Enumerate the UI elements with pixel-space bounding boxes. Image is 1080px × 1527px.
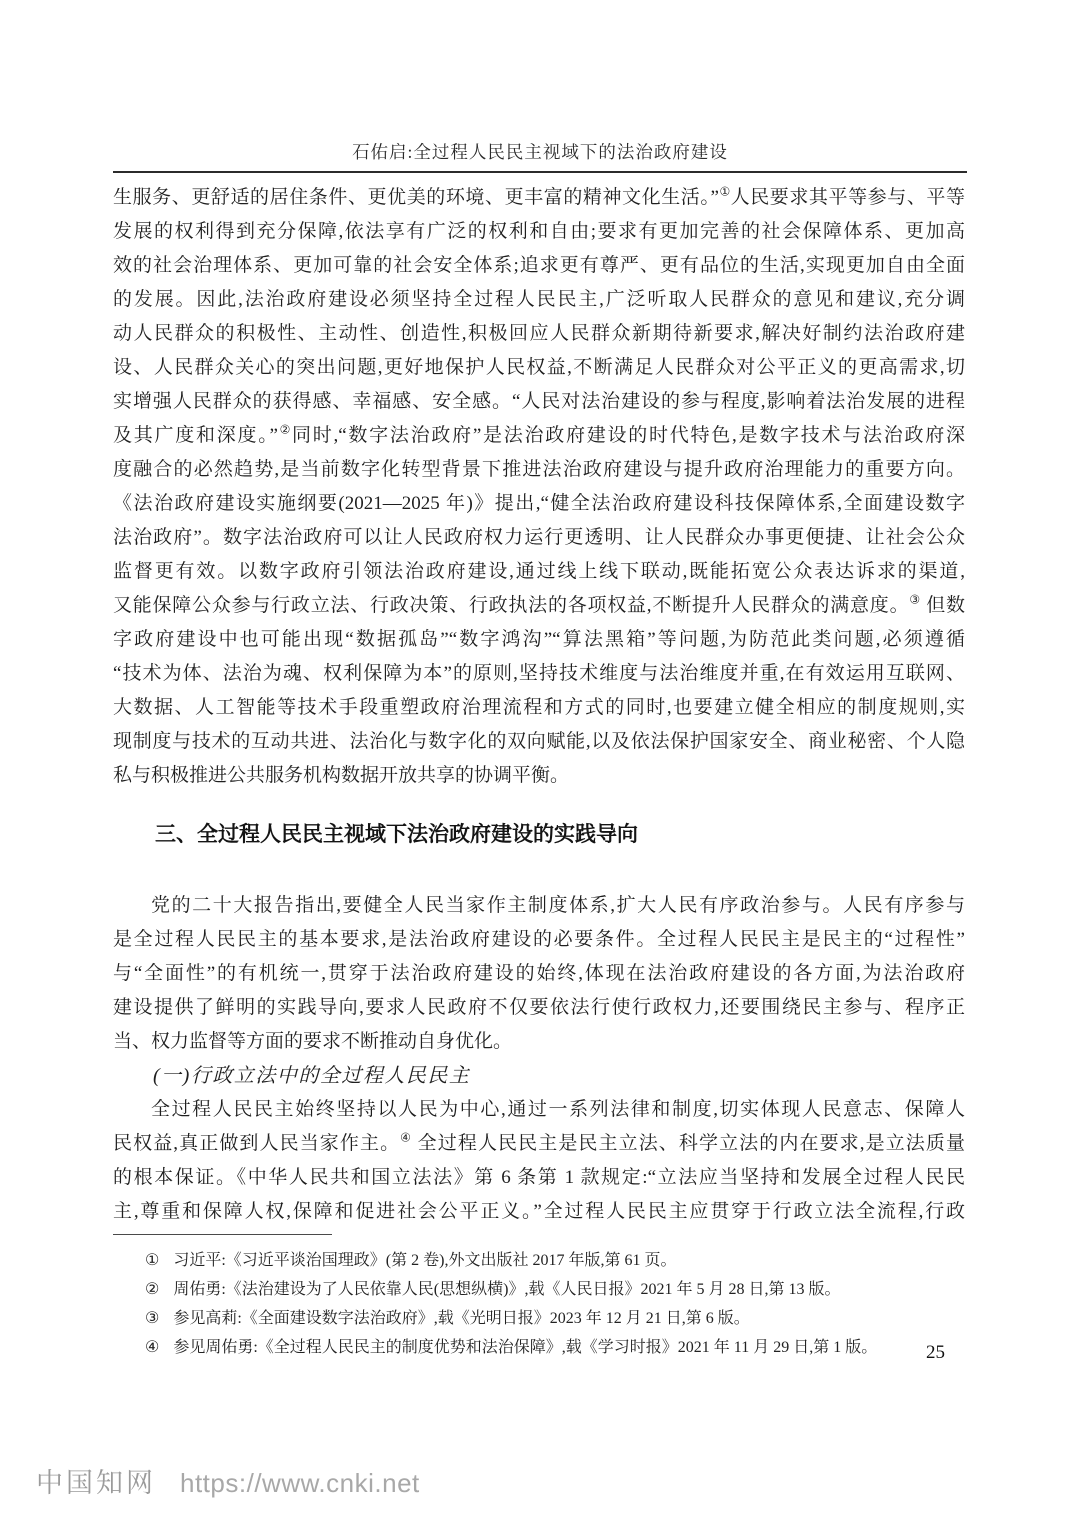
footnote-item: ④参见周佑勇:《全过程人民民主的制度优势和法治保障》,载《学习时报》2021 年… — [113, 1333, 965, 1362]
footnotes-section: ①习近平:《习近平谈治国理政》(第 2 卷),外文出版社 2017 年版,第 6… — [113, 1234, 965, 1362]
body-line: 私与积极推进公共服务机构数据开放共享的协调平衡。 — [113, 759, 965, 793]
footnote-text: 参见周佑勇:《全过程人民民主的制度优势和法治保障》,载《学习时报》2021 年 … — [173, 1333, 965, 1362]
body-line: 的根本保证。《中华人民共和国立法法》第 6 条第 1 款规定:“立法应当坚持和发… — [113, 1161, 965, 1195]
body-line: “技术为体、法治为魂、权利保障为本”的原则,坚持技术维度与法治维度并重,在有效运… — [113, 657, 965, 691]
cnki-watermark: 中国知网 https://www.cnki.net — [36, 1461, 420, 1500]
footnote-text: 参见高莉:《全面建设数字法治政府》,载《光明日报》2023 年 12 月 21 … — [173, 1304, 965, 1333]
footnote-text: 习近平:《习近平谈治国理政》(第 2 卷),外文出版社 2017 年版,第 61… — [173, 1246, 965, 1275]
subsection-heading: (一)行政立法中的全过程人民民主 — [113, 1059, 965, 1093]
document-page: 石佑启:全过程人民民主视域下的法治政府建设 生服务、更舒适的居住条件、更优美的环… — [0, 0, 1080, 1527]
body-line: 生服务、更舒适的居住条件、更优美的环境、更丰富的精神文化生活。”①人民要求其平等… — [113, 181, 965, 215]
body-line: 主,尊重和保障人权,保障和促进社会公平正义。”全过程人民民主应贯穿于行政立法全流… — [113, 1195, 965, 1229]
footnote-separator — [113, 1234, 332, 1235]
footnote-marker: ④ — [145, 1333, 159, 1362]
footnote-reference: ④ — [400, 1132, 412, 1145]
body-line: 效的社会治理体系、更加可靠的社会安全体系;追求更有尊严、更有品位的生活,实现更加… — [113, 249, 965, 283]
footnote-reference: ① — [719, 186, 731, 199]
body-line: 党的二十大报告指出,要健全人民当家作主制度体系,扩大人民有序政治参与。人民有序参… — [113, 889, 965, 923]
body-line: 现制度与技术的互动共进、法治化与数字化的双向赋能,以及依法保护国家安全、商业秘密… — [113, 725, 965, 759]
running-header-title: 石佑启:全过程人民民主视域下的法治政府建设 — [0, 0, 1080, 164]
body-line: 民权益,真正做到人民当家作主。④ 全过程人民民主是民主立法、科学立法的内在要求,… — [113, 1127, 965, 1161]
footnote-item: ①习近平:《习近平谈治国理政》(第 2 卷),外文出版社 2017 年版,第 6… — [113, 1246, 965, 1275]
body-line: 动人民群众的积极性、主动性、创造性,积极回应人民群众新期待新要求,解决好制约法治… — [113, 317, 965, 351]
footnote-reference: ③ — [909, 594, 920, 607]
body-line: 当、权力监督等方面的要求不断推动自身优化。 — [113, 1025, 965, 1059]
body-line: 设、人民群众关心的突出问题,更好地保护人民权益,不断满足人民群众对公平正义的更高… — [113, 351, 965, 385]
body-line: 《法治政府建设实施纲要(2021—2025 年)》提出,“健全法治政府建设科技保… — [113, 487, 965, 521]
article-body: 生服务、更舒适的居住条件、更优美的环境、更丰富的精神文化生活。”①人民要求其平等… — [113, 181, 965, 1229]
body-line: 监督更有效。以数字政府引领法治政府建设,通过线上线下联动,既能拓宽公众表达诉求的… — [113, 555, 965, 589]
body-line: 是全过程人民民主的基本要求,是法治政府建设的必要条件。全过程人民民主是民主的“过… — [113, 923, 965, 957]
paragraph: 党的二十大报告指出,要健全人民当家作主制度体系,扩大人民有序政治参与。人民有序参… — [113, 889, 965, 1059]
body-line: 法治政府”。数字法治政府可以让人民政府权力运行更透明、让人民群众办事更便捷、让社… — [113, 521, 965, 555]
body-line: 度融合的必然趋势,是当前数字化转型背景下推进法治政府建设与提升政府治理能力的重要… — [113, 453, 965, 487]
body-line: 全过程人民民主始终坚持以人民为中心,通过一系列法律和制度,切实体现人民意志、保障… — [113, 1093, 965, 1127]
section-heading: 三、全过程人民民主视域下法治政府建设的实践导向 — [113, 818, 965, 852]
footnote-list: ①习近平:《习近平谈治国理政》(第 2 卷),外文出版社 2017 年版,第 6… — [113, 1246, 965, 1362]
running-header: 石佑启:全过程人民民主视域下的法治政府建设 — [0, 0, 1080, 173]
body-line: 字政府建设中也可能出现“数据孤岛”“数字鸿沟”“算法黑箱”等问题,为防范此类问题… — [113, 623, 965, 657]
footnote-reference: ② — [278, 424, 292, 437]
paragraph: 全过程人民民主始终坚持以人民为中心,通过一系列法律和制度,切实体现人民意志、保障… — [113, 1093, 965, 1229]
footnote-item: ③参见高莉:《全面建设数字法治政府》,载《光明日报》2023 年 12 月 21… — [113, 1304, 965, 1333]
body-line: 又能保障公众参与行政立法、行政决策、行政执法的各项权益,不断提升人民群众的满意度… — [113, 589, 965, 623]
page-number: 25 — [926, 1342, 945, 1364]
paragraph: 生服务、更舒适的居住条件、更优美的环境、更丰富的精神文化生活。”①人民要求其平等… — [113, 181, 965, 793]
footnote-marker: ① — [145, 1246, 159, 1275]
body-line: 大数据、人工智能等技术手段重塑政府治理流程和方式的同时,也要建立健全相应的制度规… — [113, 691, 965, 725]
body-line: 发展的权利得到充分保障,依法享有广泛的权利和自由;要求有更加完善的社会保障体系、… — [113, 215, 965, 249]
body-line: 及其广度和深度。”②同时,“数字法治政府”是法治政府建设的时代特色,是数字技术与… — [113, 419, 965, 453]
footnote-marker: ③ — [145, 1304, 159, 1333]
footnote-marker: ② — [145, 1275, 159, 1304]
cnki-site-name: 中国知网 — [36, 1461, 156, 1500]
body-line: 建设提供了鲜明的实践导向,要求人民政府不仅要依法行使行政权力,还要围绕民主参与、… — [113, 991, 965, 1025]
body-line: 与“全面性”的有机统一,贯穿于法治政府建设的始终,体现在法治政府建设的各方面,为… — [113, 957, 965, 991]
body-line: 实增强人民群众的获得感、幸福感、安全感。“人民对法治建设的参与程度,影响着法治发… — [113, 385, 965, 419]
header-rule — [113, 171, 967, 173]
body-line: 的发展。因此,法治政府建设必须坚持全过程人民民主,广泛听取人民群众的意见和建议,… — [113, 283, 965, 317]
cnki-url-link[interactable]: https://www.cnki.net — [180, 1468, 420, 1499]
footnote-text: 周佑勇:《法治建设为了人民依靠人民(思想纵横)》,载《人民日报》2021 年 5… — [173, 1275, 965, 1304]
footnote-item: ②周佑勇:《法治建设为了人民依靠人民(思想纵横)》,载《人民日报》2021 年 … — [113, 1275, 965, 1304]
